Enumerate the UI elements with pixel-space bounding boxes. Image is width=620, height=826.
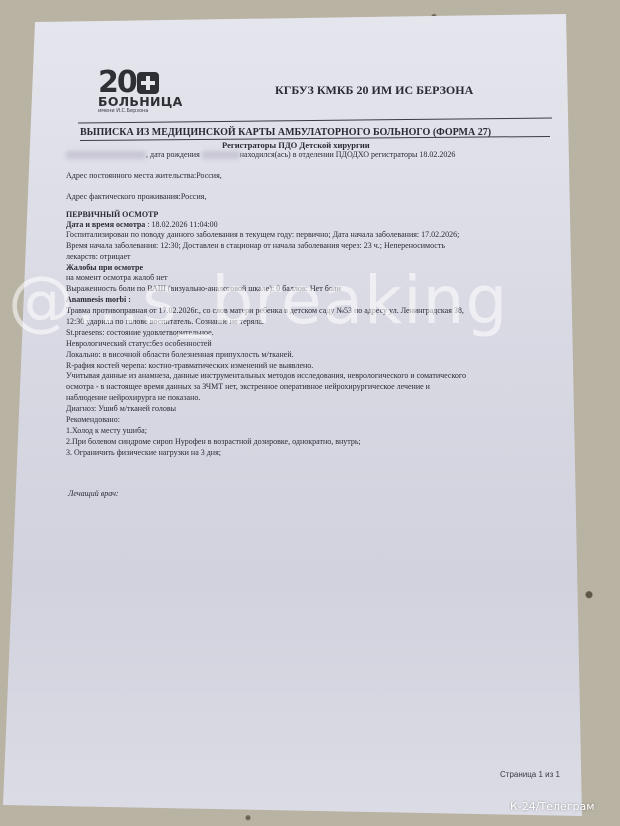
permanent-address: Адрес постоянного места жительства:Росси… (66, 171, 222, 181)
recommendation-item: 2.При болевом синдроме сироп Нурофен в в… (66, 437, 361, 447)
source-credit: К-24/Телеграм (510, 800, 595, 813)
patient-stay-line: , дата рождения находился(ась) в отделен… (66, 150, 455, 160)
section-title-exam: ПЕРВИЧНЫЙ ОСМОТР (66, 210, 158, 220)
cross-icon (137, 72, 159, 94)
finding-line: Неврологический статус:без особенностей (66, 339, 212, 349)
exam-line: Госпитализирован по поводу данного забол… (66, 230, 459, 240)
hospital-logo: 20 БОЛЬНИЦА имени И.С.Берзона (98, 70, 178, 114)
department: Регистраторы ПДО Детской хирургии (222, 140, 370, 150)
exam-line: лекарств: отрицает (66, 252, 131, 262)
exam-line: Время начала заболевания: 12:30; Доставл… (66, 241, 445, 251)
recommendations-title: Рекомендовано: (66, 415, 120, 425)
actual-address: Адрес фактического проживания:Россия, (66, 192, 206, 202)
finding-line: Локально: в височной области болезненная… (66, 350, 294, 360)
redacted-birthdate (202, 151, 240, 159)
page-number: Страница 1 из 1 (500, 770, 560, 779)
redacted-name (66, 151, 146, 159)
medical-extract-document: 20 БОЛЬНИЦА имени И.С.Берзона КГБУЗ КМКБ… (0, 0, 620, 826)
channel-watermark: @…s_breaking (8, 262, 508, 339)
finding-line: Учитывая данные из анамнеза, данные инст… (66, 371, 466, 381)
diagnosis: Диагноз: Ушиб м/тканей головы (66, 404, 176, 414)
finding-line: наблюдение нейрохирурга не показано. (66, 393, 200, 403)
finding-line: осмотра - в настоящее время данных за ЗЧ… (66, 382, 430, 392)
logo-number: 20 (98, 70, 178, 96)
recommendation-item: 3. Ограничить физические нагрузки на 3 д… (66, 448, 221, 458)
header-divider (78, 118, 552, 124)
exam-datetime: Дата и время осмотра : 18.02.2026 11:04:… (66, 220, 218, 230)
organization-name: КГБУЗ КМКБ 20 ИМ ИС БЕРЗОНА (275, 83, 473, 98)
finding-line: R-рафия костей черепа: костно-травматиче… (66, 361, 313, 371)
logo-word: БОЛЬНИЦА (98, 96, 178, 108)
recommendation-item: 1.Холод к месту ушиба; (66, 426, 147, 436)
attending-doctor-label: Лечащий врач: (68, 489, 119, 499)
